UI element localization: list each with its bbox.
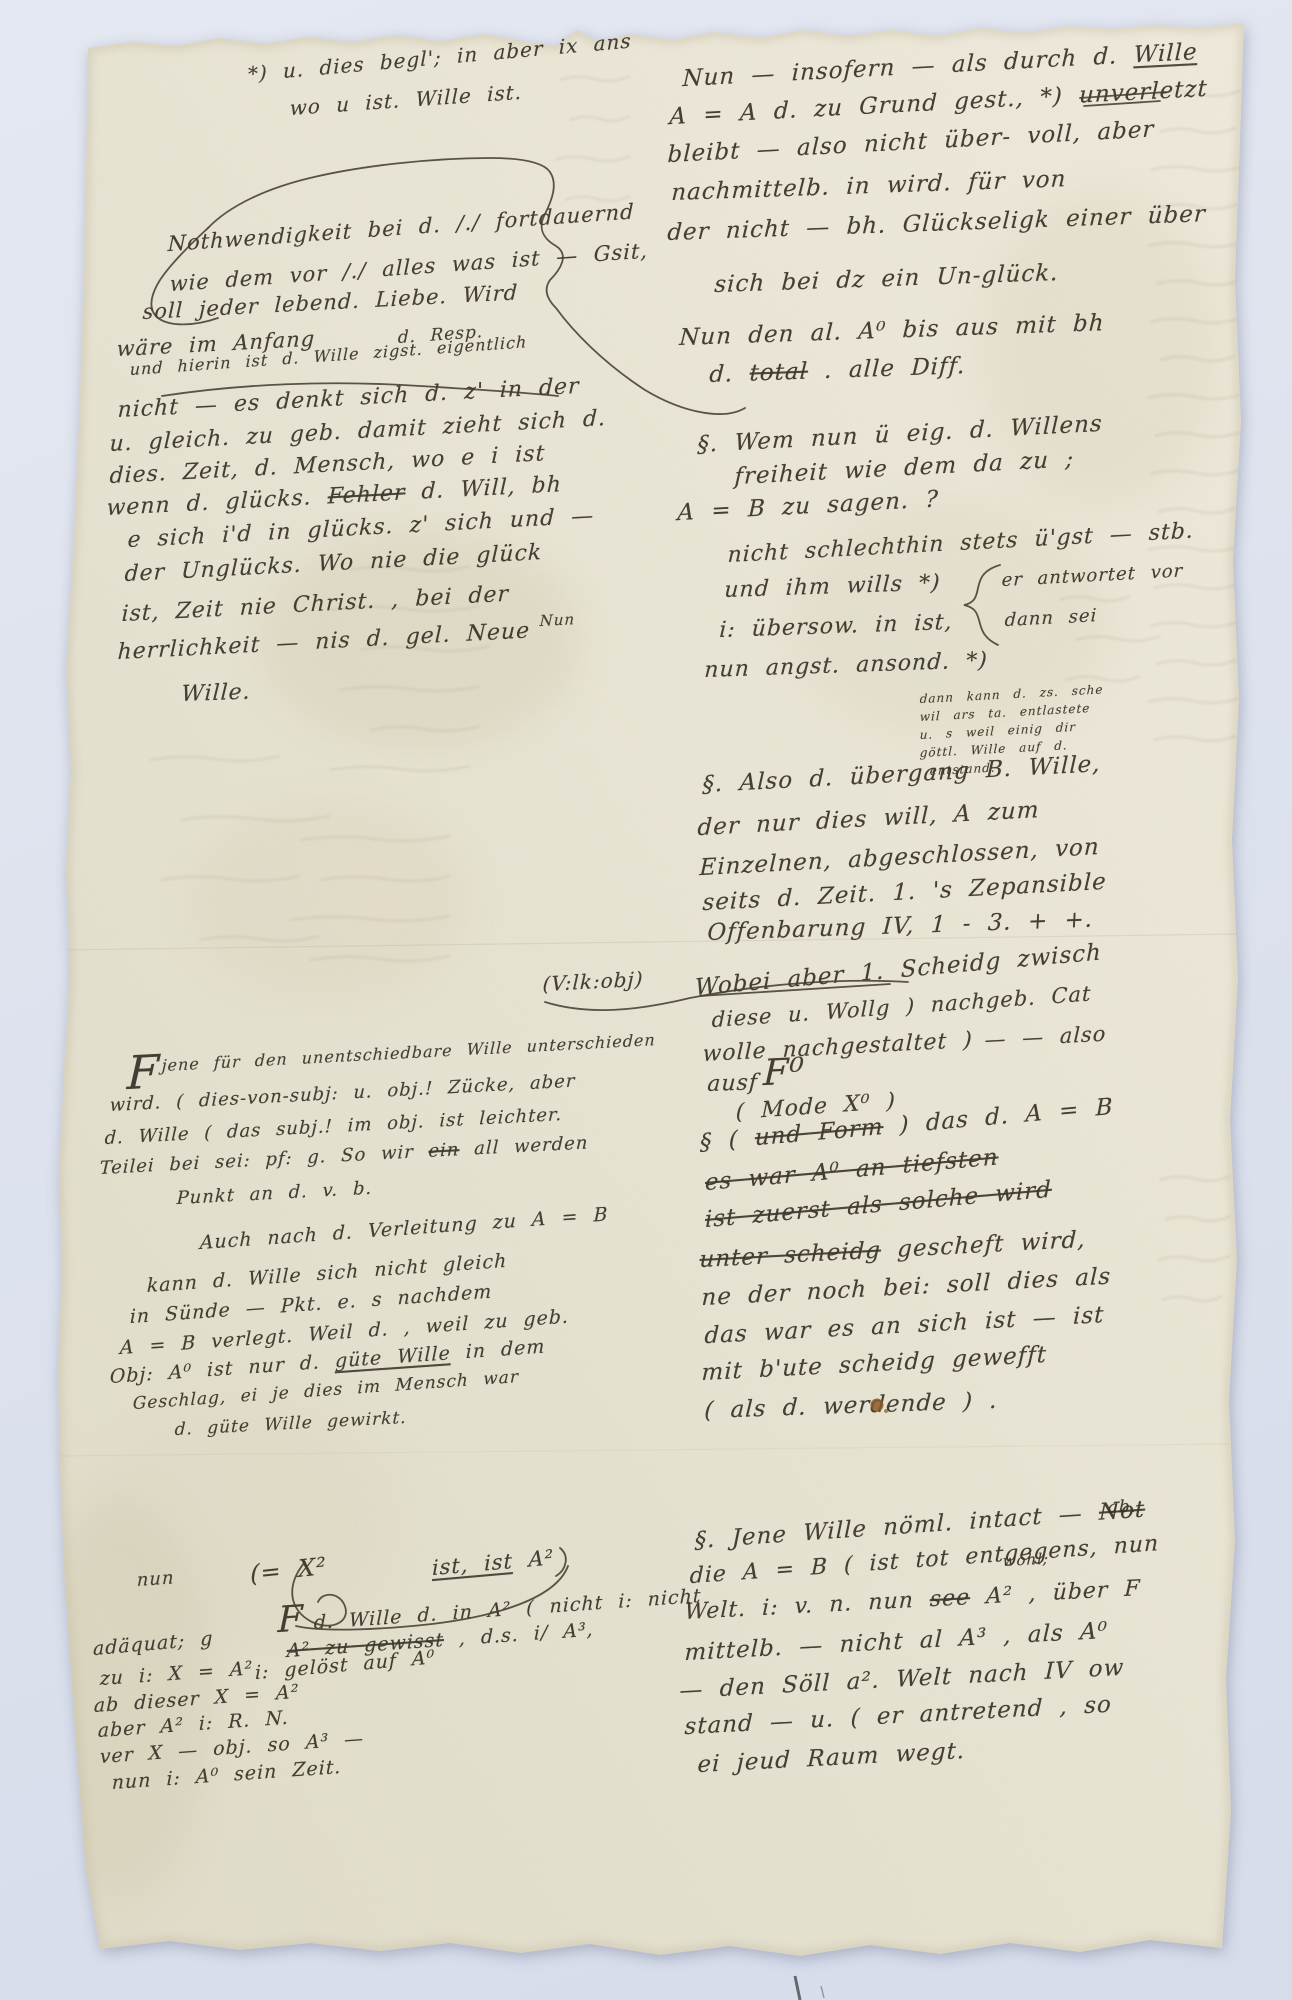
left-formula-block-line-2: (= X² xyxy=(250,1552,327,1588)
handwritten-text: dann sei xyxy=(1004,605,1097,631)
left-indented-paragraph-line-7: d. güte Wille gewirkt. xyxy=(174,1408,407,1440)
handwritten-text: in dem xyxy=(451,1336,546,1365)
handwritten-text: see xyxy=(929,1585,970,1612)
right-section-uebergang-line-9: wolle nachgestaltet ) xyxy=(702,1028,973,1067)
right-section-willensfreiheit-line-3: A = B zu sagen. ? xyxy=(677,486,939,526)
handwritten-text: ausf xyxy=(707,1070,759,1097)
right-paragraph-2-line-1: Nun den al. A⁰ bis aus mit bh xyxy=(679,310,1106,351)
left-formula-block-line-3: ist, ist A² xyxy=(432,1545,554,1580)
handwritten-text: adäquat; g xyxy=(93,1627,213,1660)
handwritten-text: Auch nach d. Verleitung zu A = B xyxy=(200,1203,609,1254)
left-f-paragraph-line-2: jene für den unentschiedbare Wille unter… xyxy=(161,1030,656,1075)
handwritten-text: §. Also d. übergang B. Wille, xyxy=(702,751,1101,798)
right-bottom-paragraph-line-9: ei jeud Raum wegt. xyxy=(697,1738,965,1778)
handwritten-text: A² , über F xyxy=(970,1576,1141,1610)
handwritten-text: Nun den al. A⁰ bis aus mit bh xyxy=(679,310,1106,351)
handwritten-text: er antwortet vor xyxy=(1001,560,1183,591)
handwritten-text: Wille xyxy=(1133,39,1198,68)
handwritten-text: wolle nachgestaltet ) xyxy=(702,1028,973,1067)
right-crossed-section-line-4: unter scheidg gescheft wird, xyxy=(699,1227,1086,1273)
handwritten-text: Fehler xyxy=(327,480,406,509)
right-section-willensfreiheit-line-10: Nun xyxy=(539,610,575,630)
handwritten-text: gescheft wird, xyxy=(881,1227,1087,1264)
handwritten-text: nicht schlechthin stets ü'gst — stb. xyxy=(727,519,1194,569)
left-formula-block-line-4: F xyxy=(277,1598,304,1641)
handwritten-text: (V:lk:obj) xyxy=(542,967,644,996)
left-footnote-line-1: *) u. dies begl'; in aber ix ans xyxy=(248,28,632,86)
left-formula-block-line-1: nun xyxy=(137,1567,175,1591)
handwritten-text: wo u ist. Wille ist. xyxy=(290,80,523,120)
handwritten-text: i: übersow. in ist, xyxy=(719,610,954,643)
handwritten-text: jene für den unentschiedbare Wille unter… xyxy=(161,1030,656,1075)
handwritten-text: , d.s. i/ A³, xyxy=(444,1619,594,1652)
left-footnote-line-2: wo u ist. Wille ist. xyxy=(290,80,523,120)
right-paragraph-2-line-2: d. total . alle Diff. xyxy=(709,353,967,388)
right-crossed-section-line-8: ( als d. werdende ) . xyxy=(704,1388,999,1424)
handwritten-text: der nur dies will, A zum xyxy=(697,797,1040,841)
handwritten-text: sich bei dz ein Un-glück. xyxy=(714,260,1060,298)
right-section-willensfreiheit-line-4: nicht schlechthin stets ü'gst — stb. xyxy=(727,519,1194,569)
right-section-willensfreiheit-line-9: nun angst. ansond. *) xyxy=(704,648,989,683)
right-section-willensfreiheit-line-7: i: übersow. in ist, xyxy=(719,610,954,643)
handwritten-text: § ( xyxy=(700,1125,755,1156)
handwritten-text: nun xyxy=(137,1567,175,1591)
left-indented-paragraph-line-1: Auch nach d. Verleitung zu A = B xyxy=(200,1203,609,1254)
handwritten-text: total xyxy=(749,359,809,387)
handwritten-text: ist, Zeit nie Christ. , bei der xyxy=(121,582,509,627)
handwritten-text: ( als d. werdende ) . xyxy=(704,1388,999,1424)
handwritten-text: . alle Diff. xyxy=(807,353,966,385)
handwritten-text: güte Wille xyxy=(335,1342,451,1372)
handwritten-text: Not xyxy=(1099,1497,1146,1526)
handwritten-text: unter scheidg xyxy=(699,1237,881,1273)
right-section-uebergang-line-10: — — also xyxy=(984,1022,1107,1052)
right-section-uebergang-line-1: §. Also d. übergang B. Wille, xyxy=(702,751,1101,798)
handwritten-text: nachmittelb. in wird. für von xyxy=(671,166,1067,206)
right-section-uebergang-line-2: der nur dies will, A zum xyxy=(697,797,1040,841)
handwritten-text: und ihm wills *) xyxy=(724,570,941,603)
handwritten-text: F⁰ xyxy=(763,1051,806,1094)
handwritten-text: (= X² xyxy=(250,1552,327,1588)
right-paragraph-1-line-4: nachmittelb. in wird. für von xyxy=(671,166,1067,206)
handwritten-text: mit b'ute scheidg gewefft xyxy=(701,1342,1047,1386)
handwritten-text: d. güte Wille gewirkt. xyxy=(174,1408,407,1440)
right-section-willensfreiheit-line-8: dann sei xyxy=(1004,605,1097,631)
right-paragraph-1-line-5: der nicht — bh. Glückseligk einer über xyxy=(667,201,1207,246)
handwritten-text: nun angst. ansond. *) xyxy=(704,648,989,683)
left-paragraph-line-9: Wille. xyxy=(181,680,252,707)
handwritten-text: der nicht — bh. Glückseligk einer über xyxy=(667,201,1207,246)
handwriting-layer: *) u. dies begl'; in aber ix answo u ist… xyxy=(0,0,1292,2000)
right-section-willensfreiheit-line-6: er antwortet vor xyxy=(1001,560,1183,591)
manuscript-scan: *) u. dies begl'; in aber ix answo u ist… xyxy=(0,0,1292,2000)
right-mode-heading-line-1: ausf xyxy=(707,1070,759,1097)
handwritten-text: — — also xyxy=(984,1022,1107,1052)
handwritten-text: A² xyxy=(513,1545,554,1573)
handwritten-text: ist, ist xyxy=(432,1549,513,1580)
handwritten-text: Nun xyxy=(539,610,575,630)
handwritten-text: Welt. i: v. n. nun xyxy=(684,1587,930,1625)
handwritten-text: ) das d. A = B xyxy=(883,1094,1113,1140)
right-crossed-section-line-7: mit b'ute scheidg gewefft xyxy=(701,1342,1047,1386)
right-section-willensfreiheit-line-5: und ihm wills *) xyxy=(724,570,941,603)
handwritten-text: F xyxy=(277,1598,304,1641)
handwritten-text: herrlichkeit — nis d. gel. Neue xyxy=(117,618,530,665)
handwritten-text: all werden xyxy=(459,1132,589,1160)
handwritten-text: d. Will, bh xyxy=(405,472,562,505)
handwritten-text: d. xyxy=(709,361,751,388)
right-section-uebergang-line-6: (V:lk:obj) xyxy=(542,967,644,996)
handwritten-text: ein xyxy=(428,1139,460,1162)
handwritten-text: wenn d. glücks. xyxy=(106,484,328,521)
left-f-paragraph-line-6: Punkt an d. v. b. xyxy=(176,1178,372,1209)
handwritten-text: Wille. xyxy=(181,680,252,707)
right-mode-heading-line-2: F⁰ xyxy=(763,1051,806,1094)
right-paragraph-1-line-6: sich bei dz ein Un-glück. xyxy=(714,260,1060,298)
handwritten-text: A = B zu sagen. ? xyxy=(677,486,939,526)
left-formula-block-line-6: adäquat; g xyxy=(93,1627,213,1660)
handwritten-text: ei jeud Raum wegt. xyxy=(697,1738,965,1778)
left-paragraph-line-7: ist, Zeit nie Christ. , bei der xyxy=(121,582,509,627)
handwritten-text: Punkt an d. v. b. xyxy=(176,1178,372,1209)
handwritten-text: *) u. dies begl'; in aber ix ans xyxy=(248,28,632,86)
left-paragraph-line-8: herrlichkeit — nis d. gel. Neue xyxy=(117,618,530,665)
